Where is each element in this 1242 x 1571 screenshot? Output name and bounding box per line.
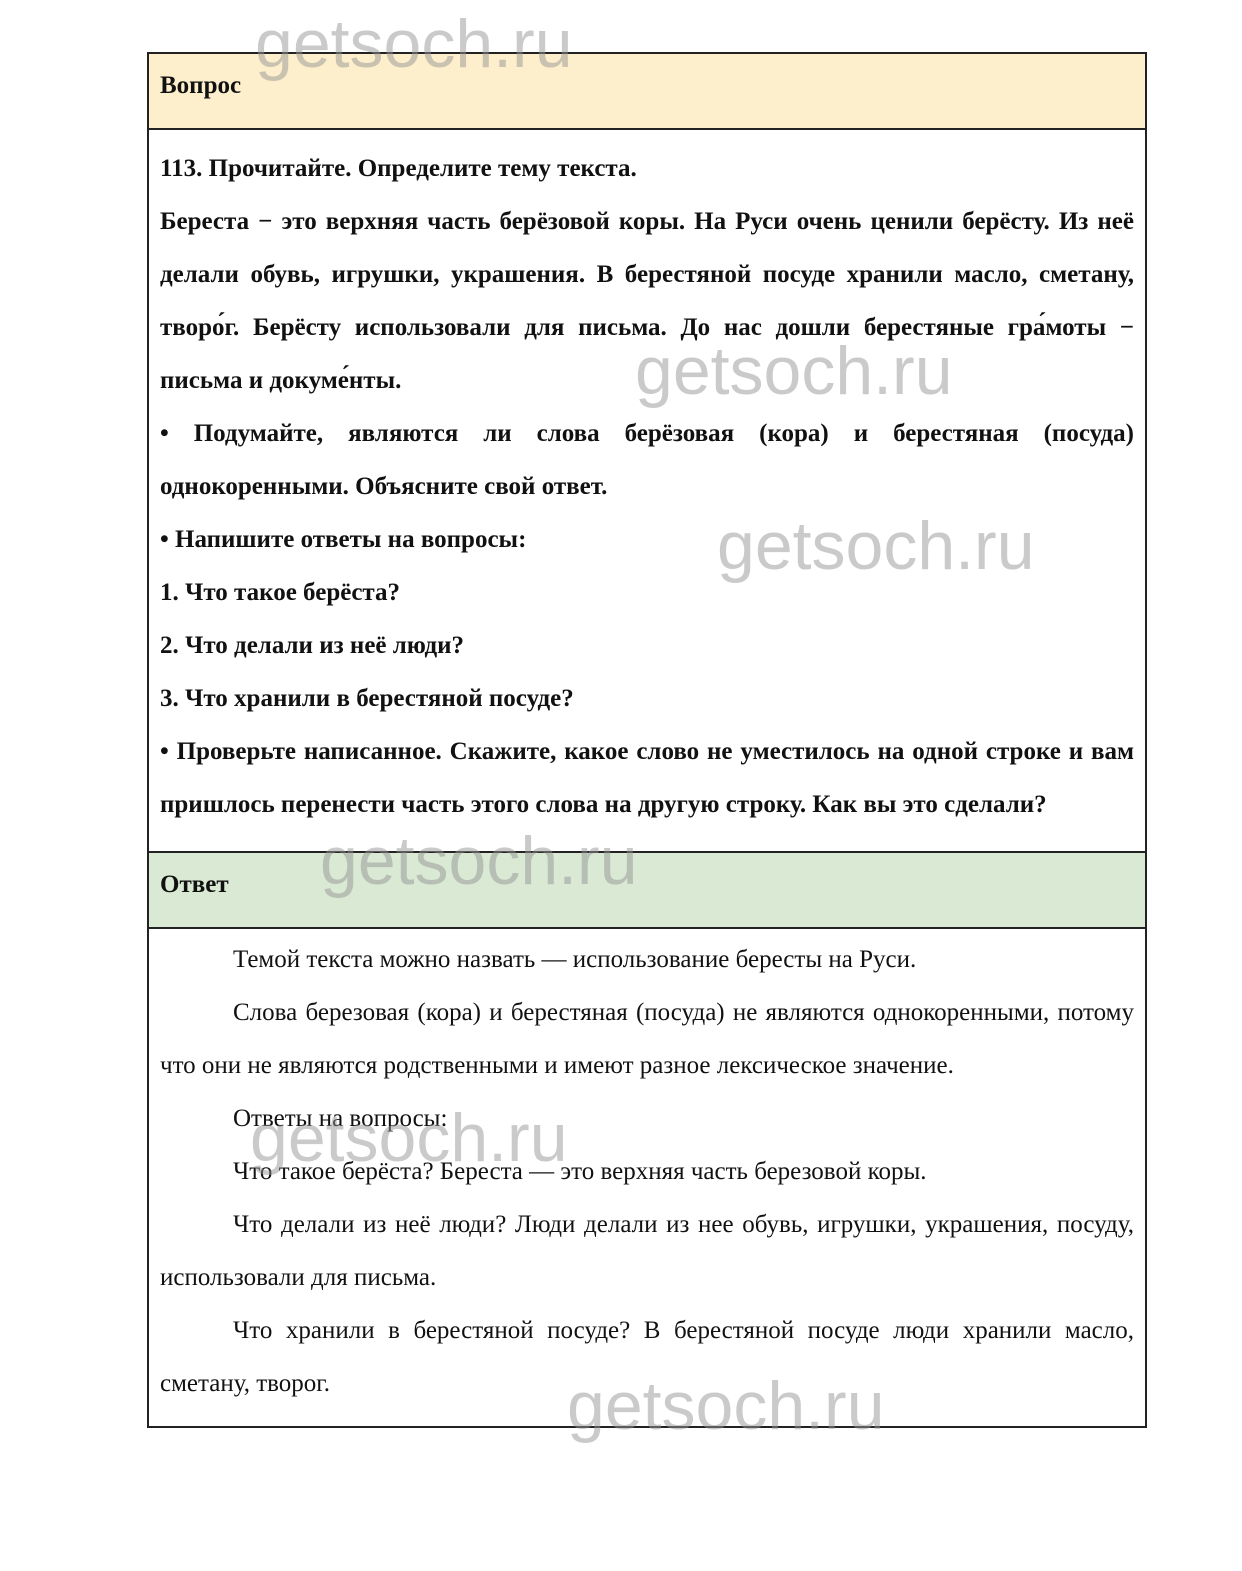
answer-paragraph: Что хранили в берестяной посуде? В берес…: [160, 1304, 1134, 1410]
question-task-2: • Напишите ответы на вопросы:: [160, 513, 1134, 566]
answer-header: Ответ: [149, 853, 1145, 929]
question-task-1: • Подумайте, являются ли слова берёзовая…: [160, 407, 1134, 513]
answer-paragraph: Темой текста можно назвать — использован…: [160, 933, 1134, 986]
question-item-1: 1. Что такое берёста?: [160, 566, 1134, 619]
question-text: Береста − это верхняя часть берёзовой ко…: [160, 195, 1134, 407]
question-header: Вопрос: [149, 54, 1145, 130]
question-title: 113. Прочитайте. Определите тему текста.: [160, 142, 1134, 195]
question-task-3: • Проверьте написанное. Скажите, какое с…: [160, 725, 1134, 831]
answer-paragraph: Слова березовая (кора) и берестяная (пос…: [160, 986, 1134, 1092]
answer-paragraph: Что делали из неё люди? Люди делали из н…: [160, 1198, 1134, 1304]
answer-paragraph: Ответы на вопросы:: [160, 1092, 1134, 1145]
qa-table: Вопрос 113. Прочитайте. Определите тему …: [147, 52, 1147, 1428]
question-item-2: 2. Что делали из неё люди?: [160, 619, 1134, 672]
question-body: 113. Прочитайте. Определите тему текста.…: [149, 130, 1145, 853]
answer-body: Темой текста можно назвать — использован…: [149, 929, 1145, 1426]
question-item-3: 3. Что хранили в берестяной посуде?: [160, 672, 1134, 725]
answer-paragraph: Что такое берёста? Береста — это верхняя…: [160, 1145, 1134, 1198]
